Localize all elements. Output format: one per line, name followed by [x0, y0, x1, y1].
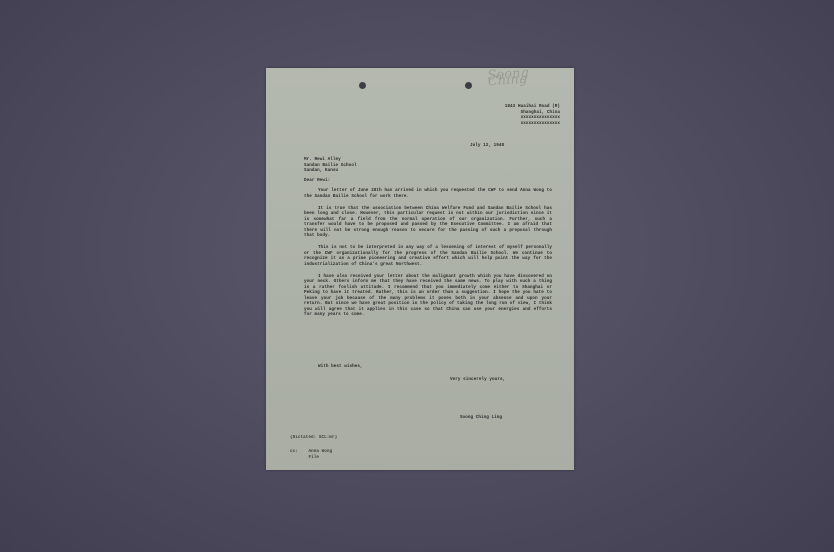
paragraph: It is true that the association between …	[304, 206, 552, 239]
letter-date: July 12, 1948	[470, 143, 504, 149]
recipient-address: Mr. Rewi Alley Sandan Bailie School Sand…	[304, 157, 357, 174]
signer-name: Soong Ching Ling	[460, 415, 502, 421]
punch-hole-right	[465, 82, 472, 89]
handwritten-stamp: Soong Ching	[487, 69, 558, 96]
carbon-copy: cc: Anna Wong File	[290, 449, 332, 460]
paragraph: I have also received your letter about t…	[304, 274, 552, 318]
cc-label: cc:	[290, 449, 298, 454]
cc-list: Anna Wong File	[309, 449, 333, 460]
paragraph: This is not to be interpreted in any way…	[304, 245, 552, 267]
cc-recipient: File	[309, 455, 333, 461]
reference-initials: (Dictated: SCL:mr)	[290, 435, 337, 441]
letter-page: Soong Ching 1843 Huaihai Road (M) Shangh…	[266, 68, 574, 470]
cc-recipient: Anna Wong	[309, 449, 333, 455]
paragraph: Your letter of June 28th has arrived in …	[304, 188, 552, 199]
punch-hole-left	[359, 82, 366, 89]
recipient-line: Sandan, Kansu	[304, 168, 357, 174]
salutation: Dear Rewi:	[304, 178, 330, 184]
letterhead-line: 1843 Huaihai Road (M)	[505, 104, 560, 110]
letterhead: 1843 Huaihai Road (M) Shanghai, China xx…	[505, 104, 560, 126]
closing-line: With best wishes,	[318, 364, 363, 370]
complimentary-close: Very sincerely yours,	[450, 377, 505, 383]
letter-body: Your letter of June 28th has arrived in …	[304, 188, 552, 324]
letterhead-line: xxxxxxxxxxxxxxx	[505, 121, 560, 127]
